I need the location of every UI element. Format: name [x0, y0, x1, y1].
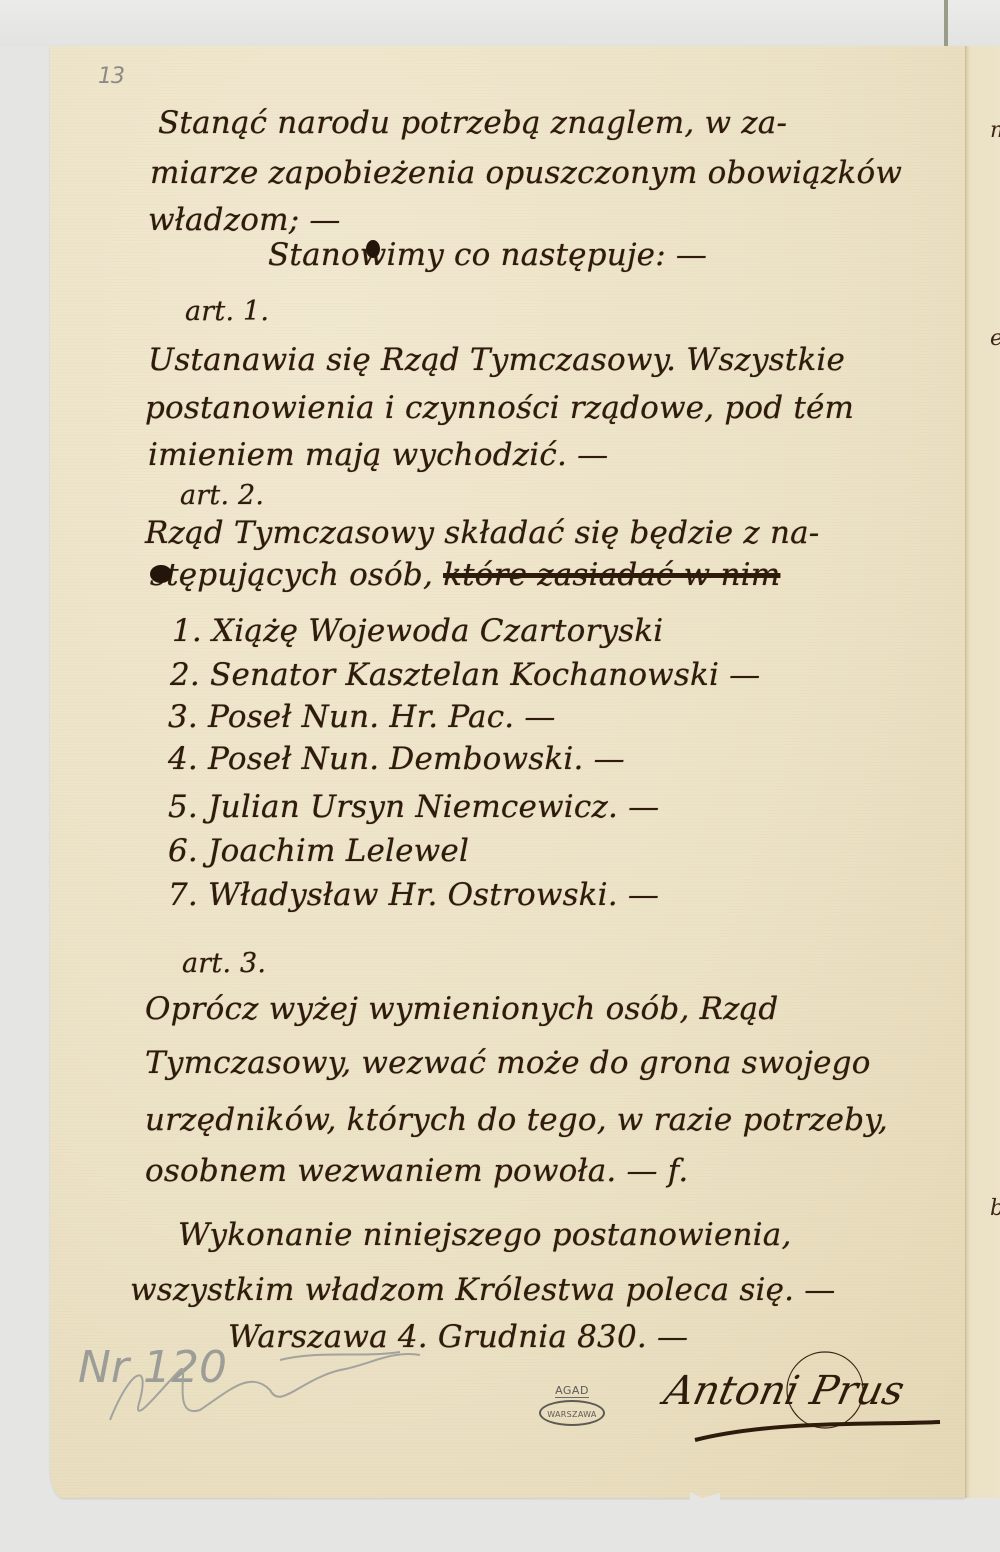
adjacent-page-mark: b: [990, 1196, 1000, 1221]
article-3-line: urzędników, których do tego, w razie pot…: [145, 1105, 888, 1136]
article-1-line: imieniem mają wychodzić. —: [148, 440, 608, 471]
page-fold-shadow: [944, 0, 948, 46]
scan-backdrop: [0, 0, 1000, 46]
folio-number: 13: [98, 64, 124, 89]
ink-blot: [150, 565, 172, 583]
member-list-item: 5. Julian Ursyn Niemcewicz. —: [168, 792, 659, 823]
preamble-line-1: Stanąć narodu potrzebą znaglem, w za-: [158, 108, 787, 139]
member-list-item: 1. Xiążę Wojewoda Czartoryski: [172, 616, 663, 647]
member-list-item: 4. Poseł Nun. Dembowski. —: [168, 744, 625, 775]
member-list-item: 6. Joachim Lelewel: [168, 836, 469, 867]
archive-stamp: AGAD WARSZAWA: [537, 1384, 607, 1440]
stamp-oval-text: WARSZAWA: [539, 1400, 605, 1426]
member-list-item: 2. Senator Kasztelan Kochanowski —: [170, 660, 760, 691]
article-2-line: stępujących osób, które zasiadać w nim: [150, 560, 780, 591]
article-2-line: Rząd Tymczasowy składać się będzie z na-: [145, 518, 819, 549]
article-2-heading: art. 2.: [180, 482, 264, 509]
article-1-heading: art. 1.: [185, 298, 269, 325]
preamble-line-2: miarze zapobieżenia opuszczonym obowiązk…: [150, 158, 902, 189]
member-list-item: 3. Poseł Nun. Hr. Pac. —: [168, 702, 556, 733]
article-3-line: Tymczasowy, wezwać może do grona swojego: [145, 1048, 871, 1079]
closing-line-1: Wykonanie niniejszego postanowienia,: [178, 1220, 792, 1251]
stamp-top-text: AGAD: [555, 1384, 589, 1398]
article-3-heading: art. 3.: [182, 950, 266, 977]
preamble-line-3: władzom; —: [148, 205, 341, 236]
adjacent-page-mark: m: [990, 118, 1000, 143]
pencil-scribble: [70, 1330, 450, 1450]
signature: Antoni Prus: [655, 1350, 945, 1450]
signature-name: Antoni Prus: [660, 1368, 908, 1414]
adjacent-page-mark: e: [990, 326, 1000, 351]
article-3-line: Oprócz wyżej wymienionych osób, Rząd: [145, 994, 778, 1025]
article-1-line: postanowienia i czynności rządowe, pod t…: [145, 393, 854, 424]
preamble-enact-line: Stanowimy co następuje: —: [268, 240, 707, 271]
closing-line-2: wszystkim władzom Królestwa poleca się. …: [130, 1275, 835, 1306]
article-1-line: Ustanawia się Rząd Tymczasowy. Wszystkie: [148, 345, 845, 376]
ink-blot: [366, 240, 380, 258]
member-list-item: 7. Władysław Hr. Ostrowski. —: [168, 880, 659, 911]
article-2-line-text: stępujących osób,: [150, 557, 433, 593]
struck-out-text: które zasiadać w nim: [443, 557, 780, 593]
article-3-line: osobnem wezwaniem powoła. — f.: [145, 1156, 688, 1187]
adjacent-page-edge: m e b: [965, 46, 1000, 1498]
